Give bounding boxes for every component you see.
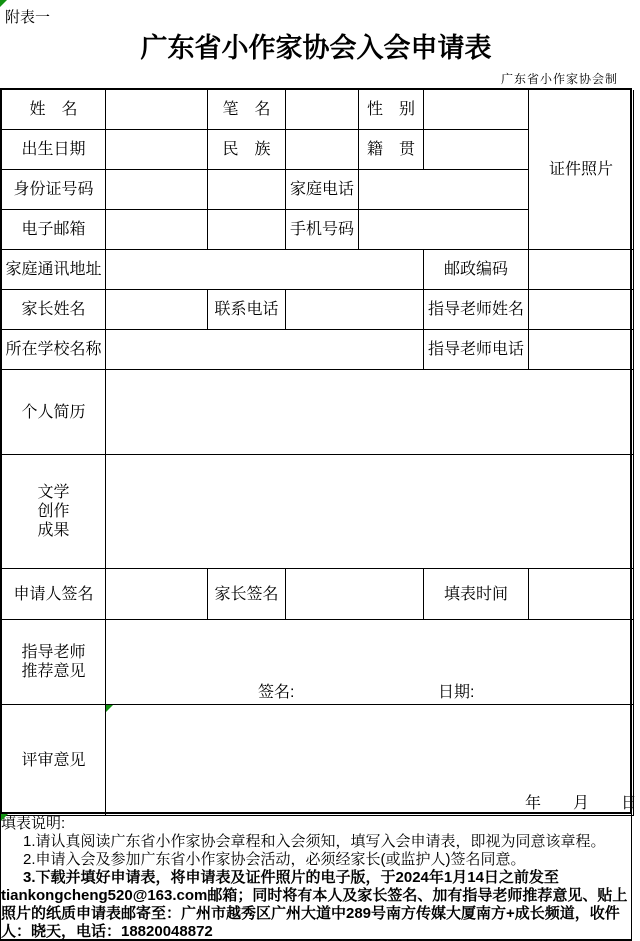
birth-date-field[interactable] — [106, 130, 208, 170]
notes-heading: 填表说明: — [1, 815, 631, 833]
note-item-1: 1.请认真阅读广东省小作家协会章程和入会须知，填写入会申请表，即视为同意该章程。 — [1, 833, 631, 851]
tutor-phone-label: 指导老师电话 — [424, 330, 529, 370]
literary-achievements-label: 文学 创作 成果 — [2, 455, 106, 569]
resume-field[interactable] — [106, 370, 634, 455]
applicant-signature-field[interactable] — [106, 569, 208, 620]
literary-achievements-field[interactable] — [106, 455, 634, 569]
mobile-field[interactable] — [359, 210, 529, 250]
home-address-field[interactable] — [106, 250, 424, 290]
tutor-name-label: 指导老师姓名 — [424, 290, 529, 330]
note-item-3-continued-phone: 人：晓天，电话：18820048872 — [1, 923, 631, 941]
photo-placeholder[interactable]: 证件照片 — [529, 90, 634, 250]
blank-cell[interactable] — [208, 170, 286, 210]
application-form-page: { "header": { "attachment_tag": "附表一", "… — [0, 0, 640, 941]
applicant-signature-label: 申请人签名 — [2, 569, 106, 620]
native-place-label: 籍 贯 — [359, 130, 424, 170]
blank-cell[interactable] — [208, 210, 286, 250]
note-item-2: 2.申请入会及参加广东省小作家协会活动，必须经家长(或监护人)签名同意。 — [1, 851, 631, 869]
mobile-label: 手机号码 — [286, 210, 359, 250]
cell-corner-marker-icon — [106, 705, 113, 712]
year-month-day-label: 年 月 日 — [525, 794, 637, 813]
email-label: 电子邮箱 — [2, 210, 106, 250]
parent-name-field[interactable] — [106, 290, 208, 330]
school-label: 所在学校名称 — [2, 330, 106, 370]
tutor-name-field[interactable] — [529, 290, 634, 330]
filling-instructions: 填表说明: 1.请认真阅读广东省小作家协会章程和入会须知，填写入会申请表，即视为… — [0, 814, 632, 941]
contact-phone-field[interactable] — [286, 290, 424, 330]
parent-signature-label: 家长签名 — [208, 569, 286, 620]
signature-line-label: 签名: — [258, 683, 294, 702]
postal-code-field[interactable] — [529, 250, 634, 290]
ethnicity-field[interactable] — [286, 130, 359, 170]
form-header: 附表一 广东省小作家协会入会申请表 广东省小作家协会制 — [0, 0, 632, 88]
parent-name-label: 家长姓名 — [2, 290, 106, 330]
issuer-note: 广东省小作家协会制 — [501, 70, 618, 87]
tutor-opinion-field[interactable]: 签名: 日期: — [106, 620, 634, 705]
resume-label: 个人简历 — [2, 370, 106, 455]
home-address-label: 家庭通讯地址 — [2, 250, 106, 290]
notes-corner-marker-icon — [1, 814, 8, 821]
name-label: 姓 名 — [2, 90, 106, 130]
page-title: 广东省小作家协会入会申请表 — [0, 26, 632, 65]
school-field[interactable] — [106, 330, 424, 370]
home-phone-label: 家庭电话 — [286, 170, 359, 210]
pen-name-field[interactable] — [286, 90, 359, 130]
gender-field[interactable] — [424, 90, 529, 130]
gender-label: 性 别 — [359, 90, 424, 130]
native-place-field[interactable] — [424, 130, 529, 170]
id-number-field[interactable] — [106, 170, 208, 210]
postal-code-label: 邮政编码 — [424, 250, 529, 290]
birth-date-label: 出生日期 — [2, 130, 106, 170]
note-item-3: 3.下载并填好申请表，将申请表及证件照片的电子版，于2024年1月14日之前发至 — [1, 869, 631, 887]
fill-time-label: 填表时间 — [424, 569, 529, 620]
parent-signature-field[interactable] — [286, 569, 424, 620]
review-opinion-label: 评审意见 — [2, 705, 106, 816]
note-item-3-continued-address: 照片的纸质申请表邮寄至：广州市越秀区广州大道中289号南方传媒大厦南方+成长频道… — [1, 905, 631, 923]
tutor-opinion-label: 指导老师 推荐意见 — [2, 620, 106, 705]
review-opinion-field[interactable]: 年 月 日 — [106, 705, 634, 816]
contact-phone-label: 联系电话 — [208, 290, 286, 330]
name-field[interactable] — [106, 90, 208, 130]
fill-time-field[interactable] — [529, 569, 634, 620]
tutor-phone-field[interactable] — [529, 330, 634, 370]
pen-name-label: 笔 名 — [208, 90, 286, 130]
home-phone-field[interactable] — [359, 170, 529, 210]
id-number-label: 身份证号码 — [2, 170, 106, 210]
date-line-label: 日期: — [438, 683, 474, 702]
email-field[interactable] — [106, 210, 208, 250]
ethnicity-label: 民 族 — [208, 130, 286, 170]
application-table: 姓 名 笔 名 性 别 证件照片 出生日期 民 族 籍 贯 身份证号码 家庭电话… — [0, 88, 632, 814]
note-item-3-continued-email: tiankongcheng520@163.com邮箱；同时将有本人及家长签名、加… — [1, 887, 631, 905]
attachment-tag: 附表一 — [5, 6, 50, 27]
